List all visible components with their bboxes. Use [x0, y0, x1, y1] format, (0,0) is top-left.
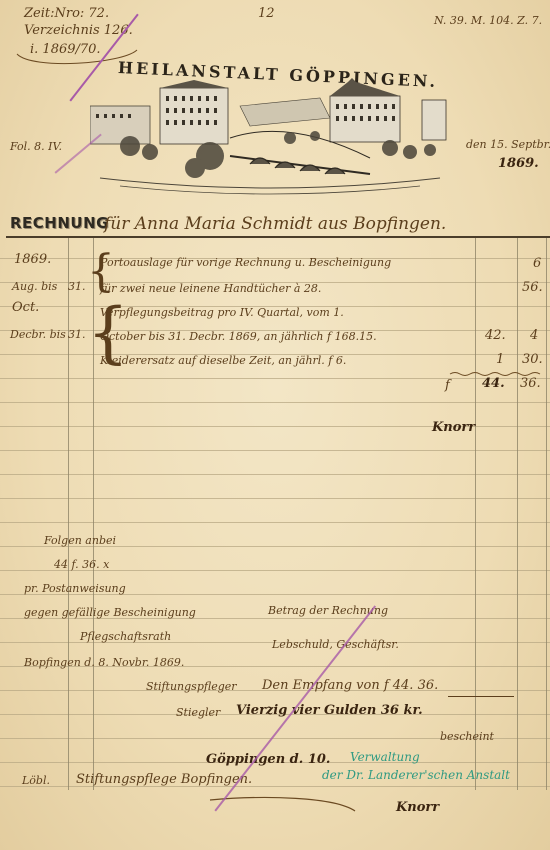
ledger-kreuzer: 30.: [522, 352, 543, 367]
invoice-document: Zeit:Nro: 72. Verzeichnis 126. i. 1869/7…: [0, 0, 550, 850]
date-line-1: den 15. Septbr.: [466, 138, 550, 151]
note-line-3: pr. Postanweisung: [24, 582, 126, 595]
ledger-item-text: October bis 31. Decbr. 1869, an jährlich…: [100, 330, 377, 343]
note-line-4: gegen gefällige Bescheinigung: [24, 606, 196, 619]
ledger-item-text: für zwei neue leinene Handtücher à 28.: [100, 282, 321, 295]
ledger-kreuzer: 4: [530, 328, 538, 343]
total-florin: 44.: [482, 376, 505, 391]
pfleger-label: Stiftungspfleger: [146, 680, 237, 693]
asylum-engraving: [90, 78, 455, 196]
register-line-2: Verzeichnis 126.: [24, 23, 133, 38]
ledger-item-text: Verpflegungsbeitrag pro IV. Quartal, vom…: [100, 306, 344, 319]
ledger-year: 1869.: [14, 252, 51, 267]
column-divider-kreuzer: [517, 238, 518, 790]
stamp-administration: Verwaltung: [350, 750, 420, 764]
page-number: 12: [258, 6, 275, 21]
brace-icon: {: [87, 300, 129, 366]
ledger-florin: 42.: [485, 328, 506, 343]
note-line-6: Bopfingen d. 8. Novbr. 1869.: [24, 656, 184, 669]
bottom-addressee: Stiftungspflege Bopfingen.: [76, 772, 252, 787]
signature-knorr-2: Knorr: [396, 800, 439, 815]
column-divider-right: [546, 238, 547, 790]
amount-underline: [448, 696, 514, 697]
note-line-5: Pflegschaftsrath: [80, 630, 171, 643]
ledger-date: Aug. bis: [12, 280, 57, 293]
certified-label: bescheint: [440, 730, 494, 743]
ledger-date: Decbr. bis: [10, 328, 66, 341]
note-line-2: 44 f. 36. x: [54, 558, 109, 571]
column-divider-florin: [475, 238, 476, 790]
invoice-heading: RECHNUNG: [10, 214, 109, 232]
header-rule: [6, 236, 550, 238]
ledger-day: 31.: [68, 328, 86, 341]
bottom-salutation: Löbl.: [22, 774, 50, 787]
receipt-line: Den Empfang von f 44. 36.: [262, 678, 438, 693]
ledger-item-text: Portoauslage für vorige Rechnung u. Besc…: [100, 256, 391, 269]
signature-knorr-1: Knorr: [432, 420, 475, 435]
folio-reference: Fol. 8. IV.: [10, 140, 62, 153]
ledger-kreuzer: 6: [533, 256, 541, 271]
brace-icon: {: [87, 250, 115, 294]
addressee-flourish: [205, 795, 365, 815]
total-kreuzer: 36.: [520, 376, 541, 391]
invoice-recipient: für Anna Maria Schmidt aus Bopfingen.: [104, 214, 446, 234]
place-date: Göppingen d. 10.: [206, 752, 330, 767]
ledger-florin: 1: [496, 352, 504, 367]
note-line-1: Folgen anbei: [44, 534, 116, 547]
note-debt-label: Lebschuld, Geschäftsr.: [272, 638, 399, 651]
ledger-day: 31.: [68, 280, 86, 293]
column-divider-date: [68, 238, 69, 790]
reference-number: N. 39. M. 104. Z. 7.: [434, 14, 542, 27]
stamp-institution: der Dr. Landerer'schen Anstalt: [322, 768, 510, 782]
ledger-kreuzer: 56.: [522, 280, 543, 295]
total-currency: f: [445, 378, 450, 393]
ledger-month: Oct.: [12, 300, 39, 315]
amount-in-words: Vierzig vier Gulden 36 kr.: [236, 703, 423, 718]
pfleger-name: Stiegler: [176, 706, 220, 719]
ledger-item-text: Kleiderersatz auf dieselbe Zeit, an jähr…: [100, 354, 346, 367]
register-line-1: Zeit:Nro: 72.: [24, 6, 109, 21]
date-line-2: 1869.: [498, 156, 539, 171]
